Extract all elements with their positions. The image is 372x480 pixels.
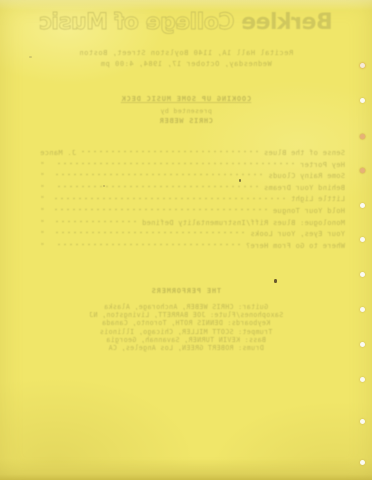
composer: " [40, 161, 50, 169]
program-row: Where to Go From Here? " [40, 241, 345, 253]
dot-leader [80, 148, 260, 155]
program-row: Little Light " [40, 194, 345, 206]
punch-hole [360, 460, 365, 465]
performer-line: Trumpet: SCOTT MILLER, Chicago, Illinois [0, 328, 372, 336]
program-list: Sense of the Blues J. Mance Hey Porter "… [40, 148, 345, 252]
performers-block: Guitar: CHRIS WEBER, Anchorage, Alaska S… [0, 303, 372, 352]
ink-speck [29, 56, 32, 58]
punch-hole [360, 237, 365, 242]
performer-line: Bass: KEVIN TURNER, Savannah, Georgia [0, 336, 372, 344]
program-row: Some Rainy Clouds " [40, 171, 345, 183]
program-row: Hold Your Tongue " [40, 206, 345, 218]
performers-heading: THE PERFORMERS [0, 287, 372, 295]
scanned-program-page: Berklee College of Music Recital Hall 1A… [0, 0, 372, 480]
program-row: Sense of the Blues J. Mance [40, 148, 345, 160]
program-row: Behind Your Dreams " [40, 183, 345, 195]
ink-speck [239, 179, 241, 182]
venue-line: Recital Hall 1A, 1140 Boylston Street, B… [0, 49, 372, 57]
ink-speck [274, 279, 277, 283]
song-title: Where to Go From Here? [246, 242, 345, 250]
composer: J. Mance [40, 149, 76, 157]
dot-leader [54, 241, 242, 248]
dot-leader [54, 218, 138, 225]
performer-line: Guitar: CHRIS WEBER, Anchorage, Alaska [0, 303, 372, 311]
punch-hole [360, 272, 365, 277]
punch-hole [360, 307, 365, 312]
dot-leader [54, 206, 269, 213]
bleed-through-layer: Berklee College of Music Recital Hall 1A… [0, 0, 372, 480]
punch-hole [360, 203, 365, 208]
dot-leader [54, 171, 264, 178]
song-title: Some Rainy Clouds [268, 172, 345, 180]
performer-line: Drums: ROBERT GREEN, Los Angeles, CA [0, 344, 372, 352]
punch-hole [360, 63, 365, 68]
dot-leader [54, 229, 246, 236]
punch-hole [360, 168, 365, 173]
logo-suffix-text: College of Music [39, 10, 234, 35]
punch-hole [360, 98, 365, 103]
presented-by-label: presented by [0, 107, 372, 115]
song-title: Hey Porter [300, 161, 345, 169]
composer: " [40, 184, 50, 192]
song-title: Your Eyes, Your Looks [250, 230, 345, 238]
composer: " [40, 207, 50, 215]
program-row: Hey Porter " [40, 160, 345, 172]
composer: " [40, 230, 50, 238]
program-title: COOKING UP SOME MUSIC DECK [0, 95, 372, 103]
logo-brand-text: Berklee [234, 10, 332, 35]
program-row: Monologue: Blues Riff/Instrumentality De… [40, 218, 345, 230]
dot-leader [54, 183, 260, 190]
composer: " [40, 195, 50, 203]
ink-speck [103, 185, 105, 187]
dot-leader [54, 194, 287, 201]
punch-hole [360, 134, 365, 139]
date-line: Wednesday, October 17, 1984, 4:00 pm [0, 60, 372, 68]
composer: " [40, 242, 50, 250]
composer: " [40, 219, 50, 227]
punch-hole [360, 419, 365, 424]
berklee-logo: Berklee College of Music [0, 10, 372, 35]
song-title: Little Light [291, 195, 345, 203]
song-title: Monologue: Blues Riff/Instrumentality De… [142, 219, 345, 227]
performer-line: Saxophones/Flute: JOE BARRETT, Livingsto… [0, 311, 372, 319]
song-title: Sense of the Blues [264, 149, 345, 157]
program-row: Your Eyes, Your Looks " [40, 229, 345, 241]
performer-line: Keyboards: DENNIS ROTH, Toronto, Canada [0, 319, 372, 327]
dot-leader [54, 160, 296, 167]
punch-hole [360, 377, 365, 382]
song-title: Hold Your Tongue [273, 207, 345, 215]
punch-hole [360, 342, 365, 347]
composer: " [40, 172, 50, 180]
song-title: Behind Your Dreams [264, 184, 345, 192]
presenter-name: CHRIS WEBER [0, 117, 372, 125]
